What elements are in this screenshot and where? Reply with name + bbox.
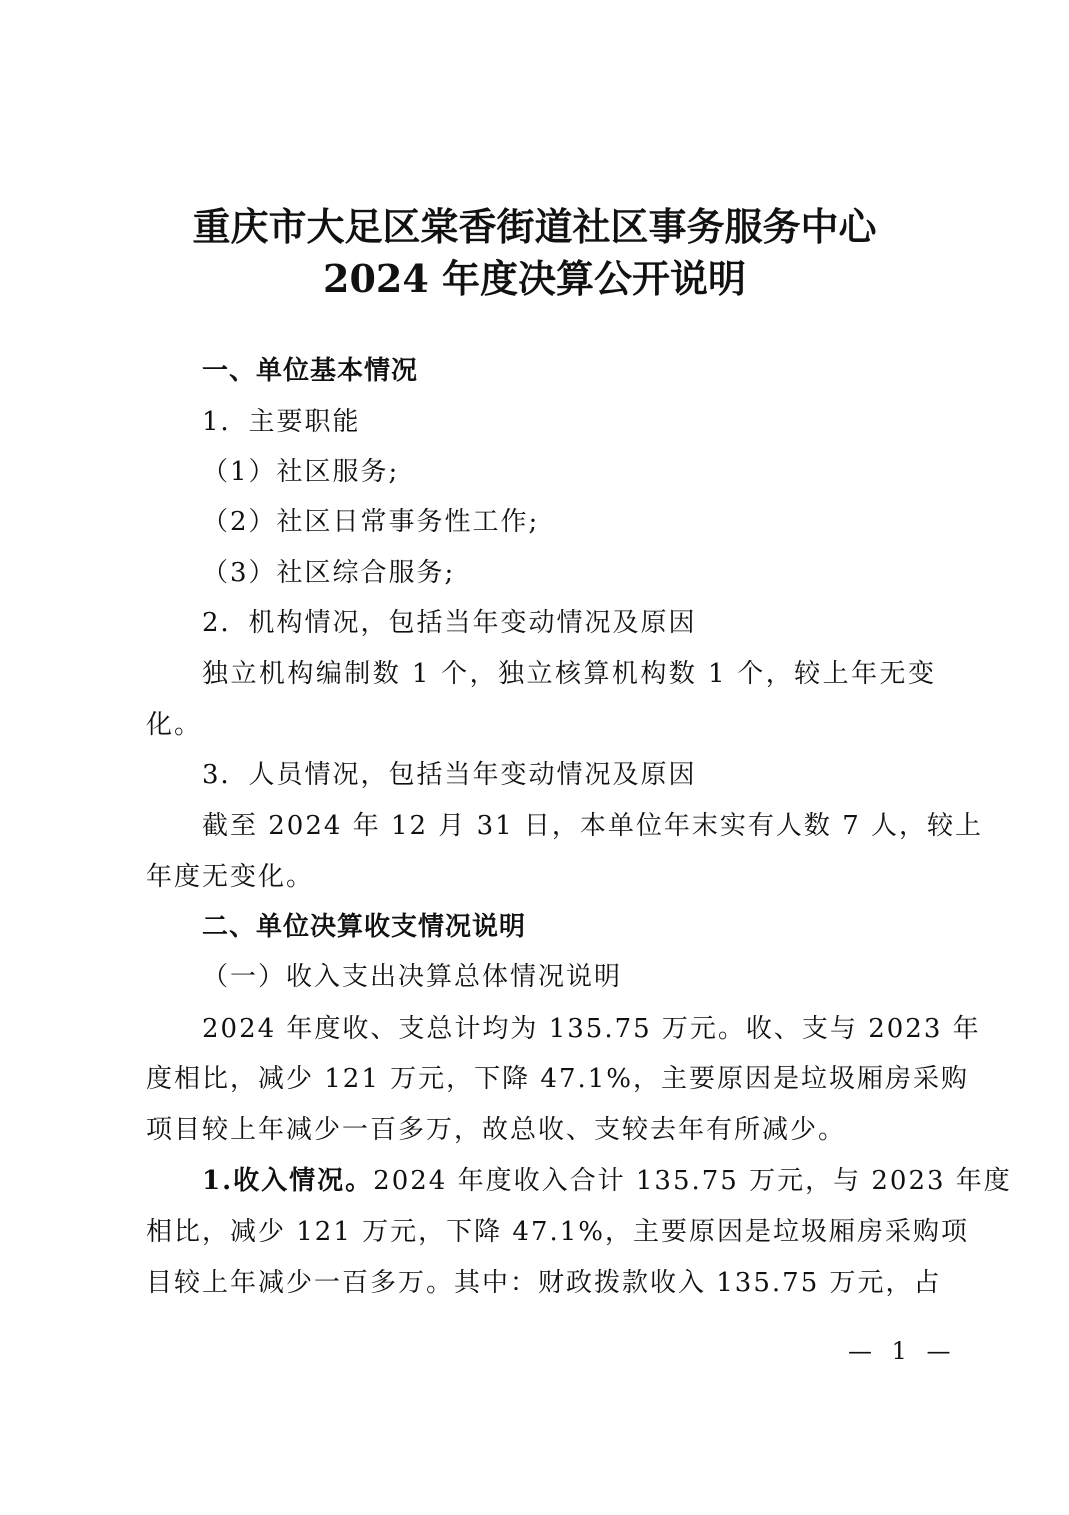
document-title-line2: 2024 年度决算公开说明: [0, 248, 1069, 303]
function-item-3: （3）社区综合服务;: [202, 558, 455, 588]
function-item-2: （2）社区日常事务性工作;: [202, 507, 539, 537]
section1-sub2-heading: 2．机构情况，包括当年变动情况及原因: [202, 608, 697, 638]
section2-para1-line3: 项目较上年减少一百多万，故总收、支较去年有所减少。: [146, 1115, 846, 1145]
income-lead: 1.收入情况。: [202, 1166, 373, 1196]
section2-para2-line3: 目较上年减少一百多万。其中：财政拨款收入 135.75 万元，占: [146, 1268, 936, 1298]
section1-sub3-heading: 3．人员情况，包括当年变动情况及原因: [202, 760, 697, 790]
section1-sub2-body-line1: 独立机构编制数 1 个，独立核算机构数 1 个，较上年无变: [202, 659, 936, 689]
section2-para2-line2: 相比，减少 121 万元，下降 47.1%，主要原因是垃圾厢房采购项: [146, 1217, 936, 1247]
section2-para2-line1: 1.收入情况。2024 年度收入合计 135.75 万元，与 2023 年度: [202, 1166, 936, 1196]
section1-sub2-body-line2: 化。: [146, 710, 202, 740]
page-number: — 1 —: [848, 1337, 957, 1365]
section1-sub3-body-line1: 截至 2024 年 12 月 31 日，本单位年末实有人数 7 人，较上: [202, 811, 936, 841]
income-line1-rest: 2024 年度收入合计 135.75 万元，与 2023 年度: [373, 1166, 1012, 1196]
section2-para1-line2: 度相比，减少 121 万元，下降 47.1%，主要原因是垃圾厢房采购: [146, 1064, 936, 1094]
section2-para1-line1: 2024 年度收、支总计均为 135.75 万元。收、支与 2023 年: [202, 1014, 936, 1044]
section2-heading: 二、单位决算收支情况说明: [202, 912, 526, 942]
section1-sub1-heading: 1．主要职能: [202, 407, 361, 437]
section1-sub3-body-line2: 年度无变化。: [146, 862, 314, 892]
document-title-line1: 重庆市大足区棠香街道社区事务服务中心: [0, 196, 1069, 251]
function-item-1: （1）社区服务;: [202, 457, 399, 487]
section2-sub1-heading: （一）收入支出决算总体情况说明: [202, 962, 622, 992]
section1-heading: 一、单位基本情况: [202, 356, 418, 386]
